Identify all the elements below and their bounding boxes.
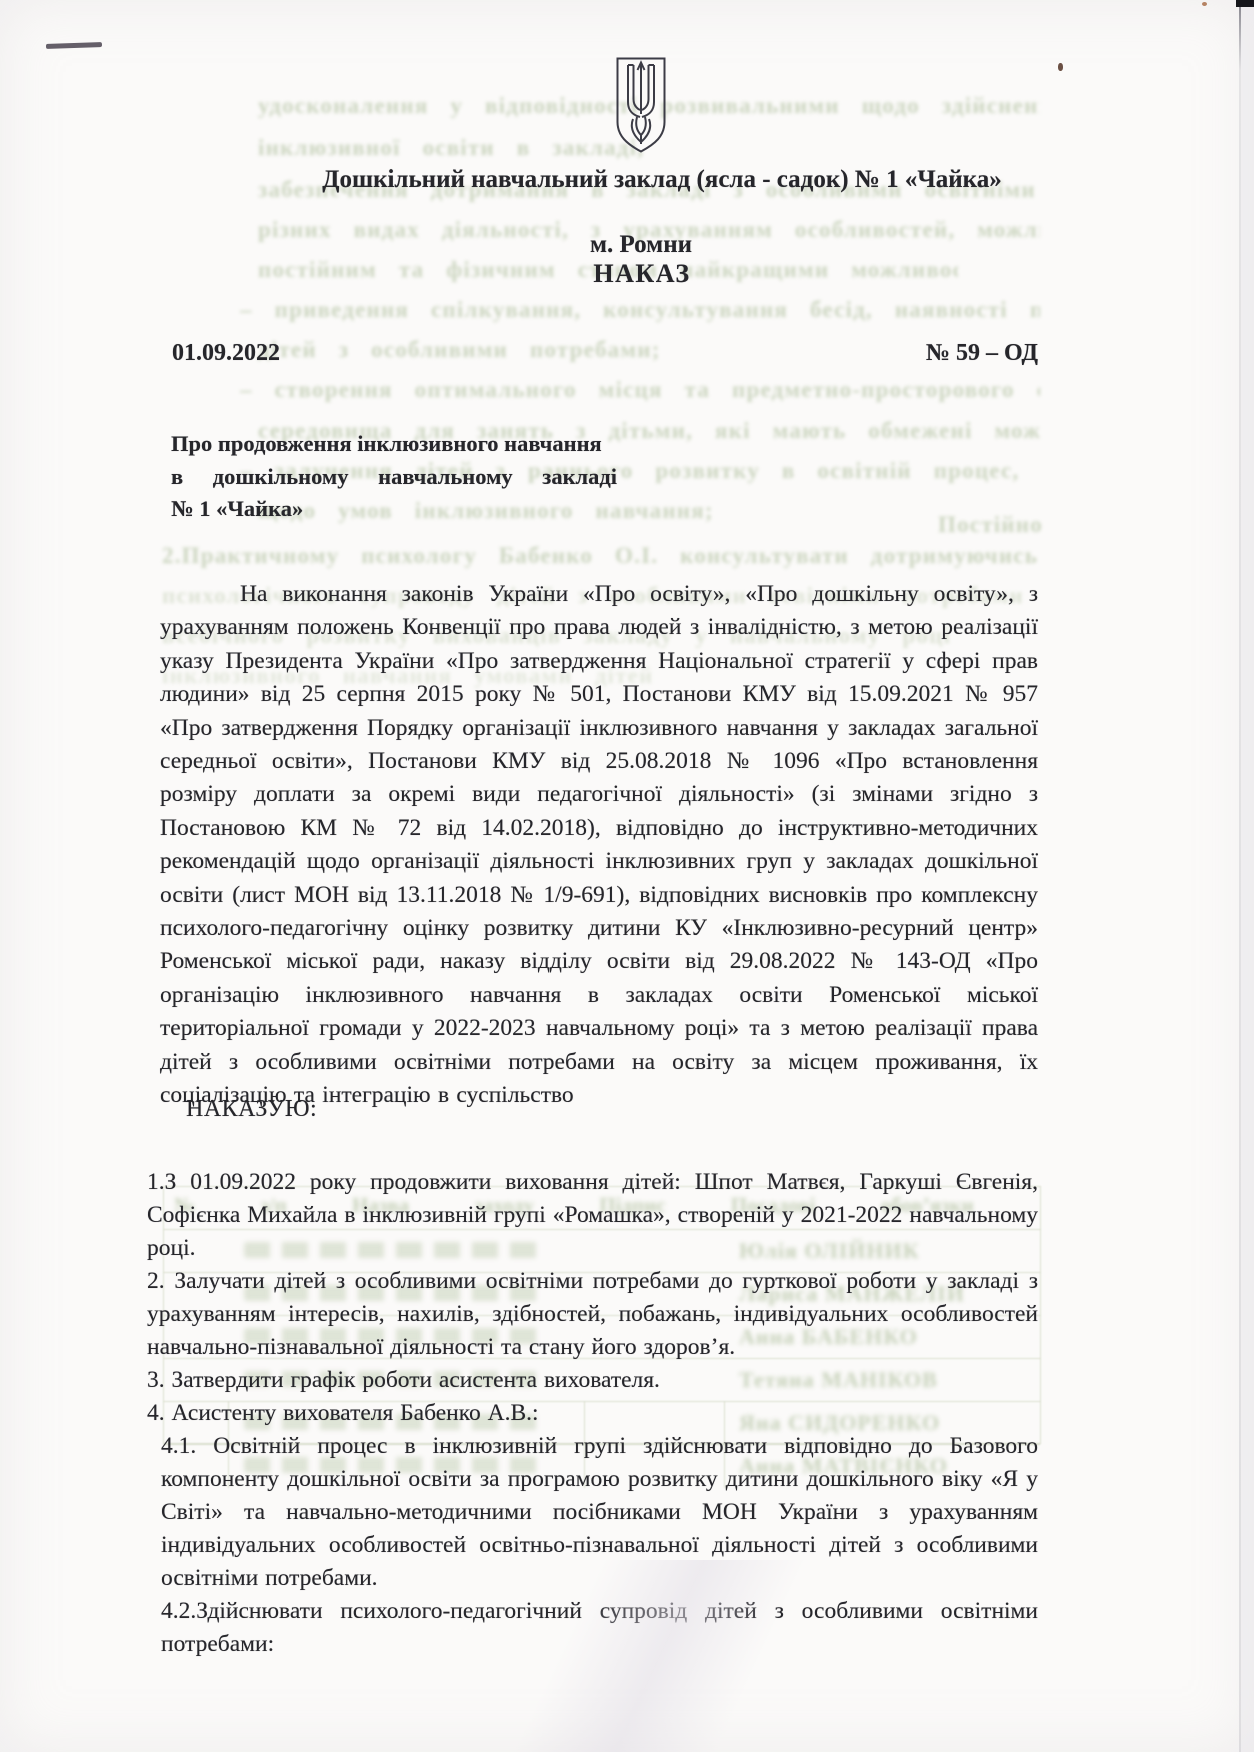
order-subject-line: № 1 «Чайка»	[171, 493, 609, 526]
order-item-2: 2. Залучати дітей з особливими освітніми…	[147, 1265, 1038, 1364]
scan-smudge	[280, 1560, 1040, 1752]
scan-edge-line	[1239, 0, 1241, 1752]
bleedthrough-line: – приведення спілкування, консультування…	[240, 297, 1040, 323]
order-item-4: 4. Асистенту вихователя Бабенко А.В.:	[147, 1397, 1038, 1430]
institution-title: Дошкільний навчальний заклад (ясла - сад…	[0, 166, 1254, 194]
order-subject-line: в дошкільному навчальному закладі	[171, 461, 609, 494]
date-number-row: 01.09.2022 № 59 – ОД	[172, 340, 1038, 367]
bleedthrough-line: інклюзивної освіти в закладі,	[258, 135, 818, 161]
ink-speck	[1202, 2, 1207, 6]
scanned-order-document: удосконалення у відповідності розвивальн…	[0, 0, 1254, 1752]
order-item-1: 1.З 01.09.2022 року продовжити виховання…	[147, 1166, 1038, 1265]
bleedthrough-line: – створення оптимального місця та предме…	[240, 377, 1040, 403]
resolve-word: НАКАЗУЮ:	[186, 1096, 317, 1123]
order-item-3: 3. Затвердити графік роботи асистента ви…	[147, 1364, 1038, 1397]
document-date: 01.09.2022	[172, 340, 280, 367]
city-line: м. Ромни	[0, 231, 1254, 259]
bleedthrough-note: Постійно	[938, 512, 1048, 538]
preamble-paragraph: На виконання законів України «Про освіту…	[160, 578, 1038, 1113]
pen-dash-mark	[46, 42, 102, 49]
order-subject: Про продовження інклюзивного навчання в …	[171, 428, 609, 526]
document-number: № 59 – ОД	[926, 340, 1038, 367]
bleedthrough-line: 2.Практичному психологу Бабенко О.І. кон…	[162, 543, 1040, 569]
ink-speck	[1058, 63, 1063, 71]
scan-edge-zone	[1241, 0, 1254, 1752]
tryzub-emblem-icon	[615, 56, 667, 155]
scan-corner-shadow	[1236, 0, 1254, 7]
order-subject-line: Про продовження інклюзивного навчання	[171, 428, 609, 461]
document-type-title: НАКАЗ	[0, 259, 1254, 289]
